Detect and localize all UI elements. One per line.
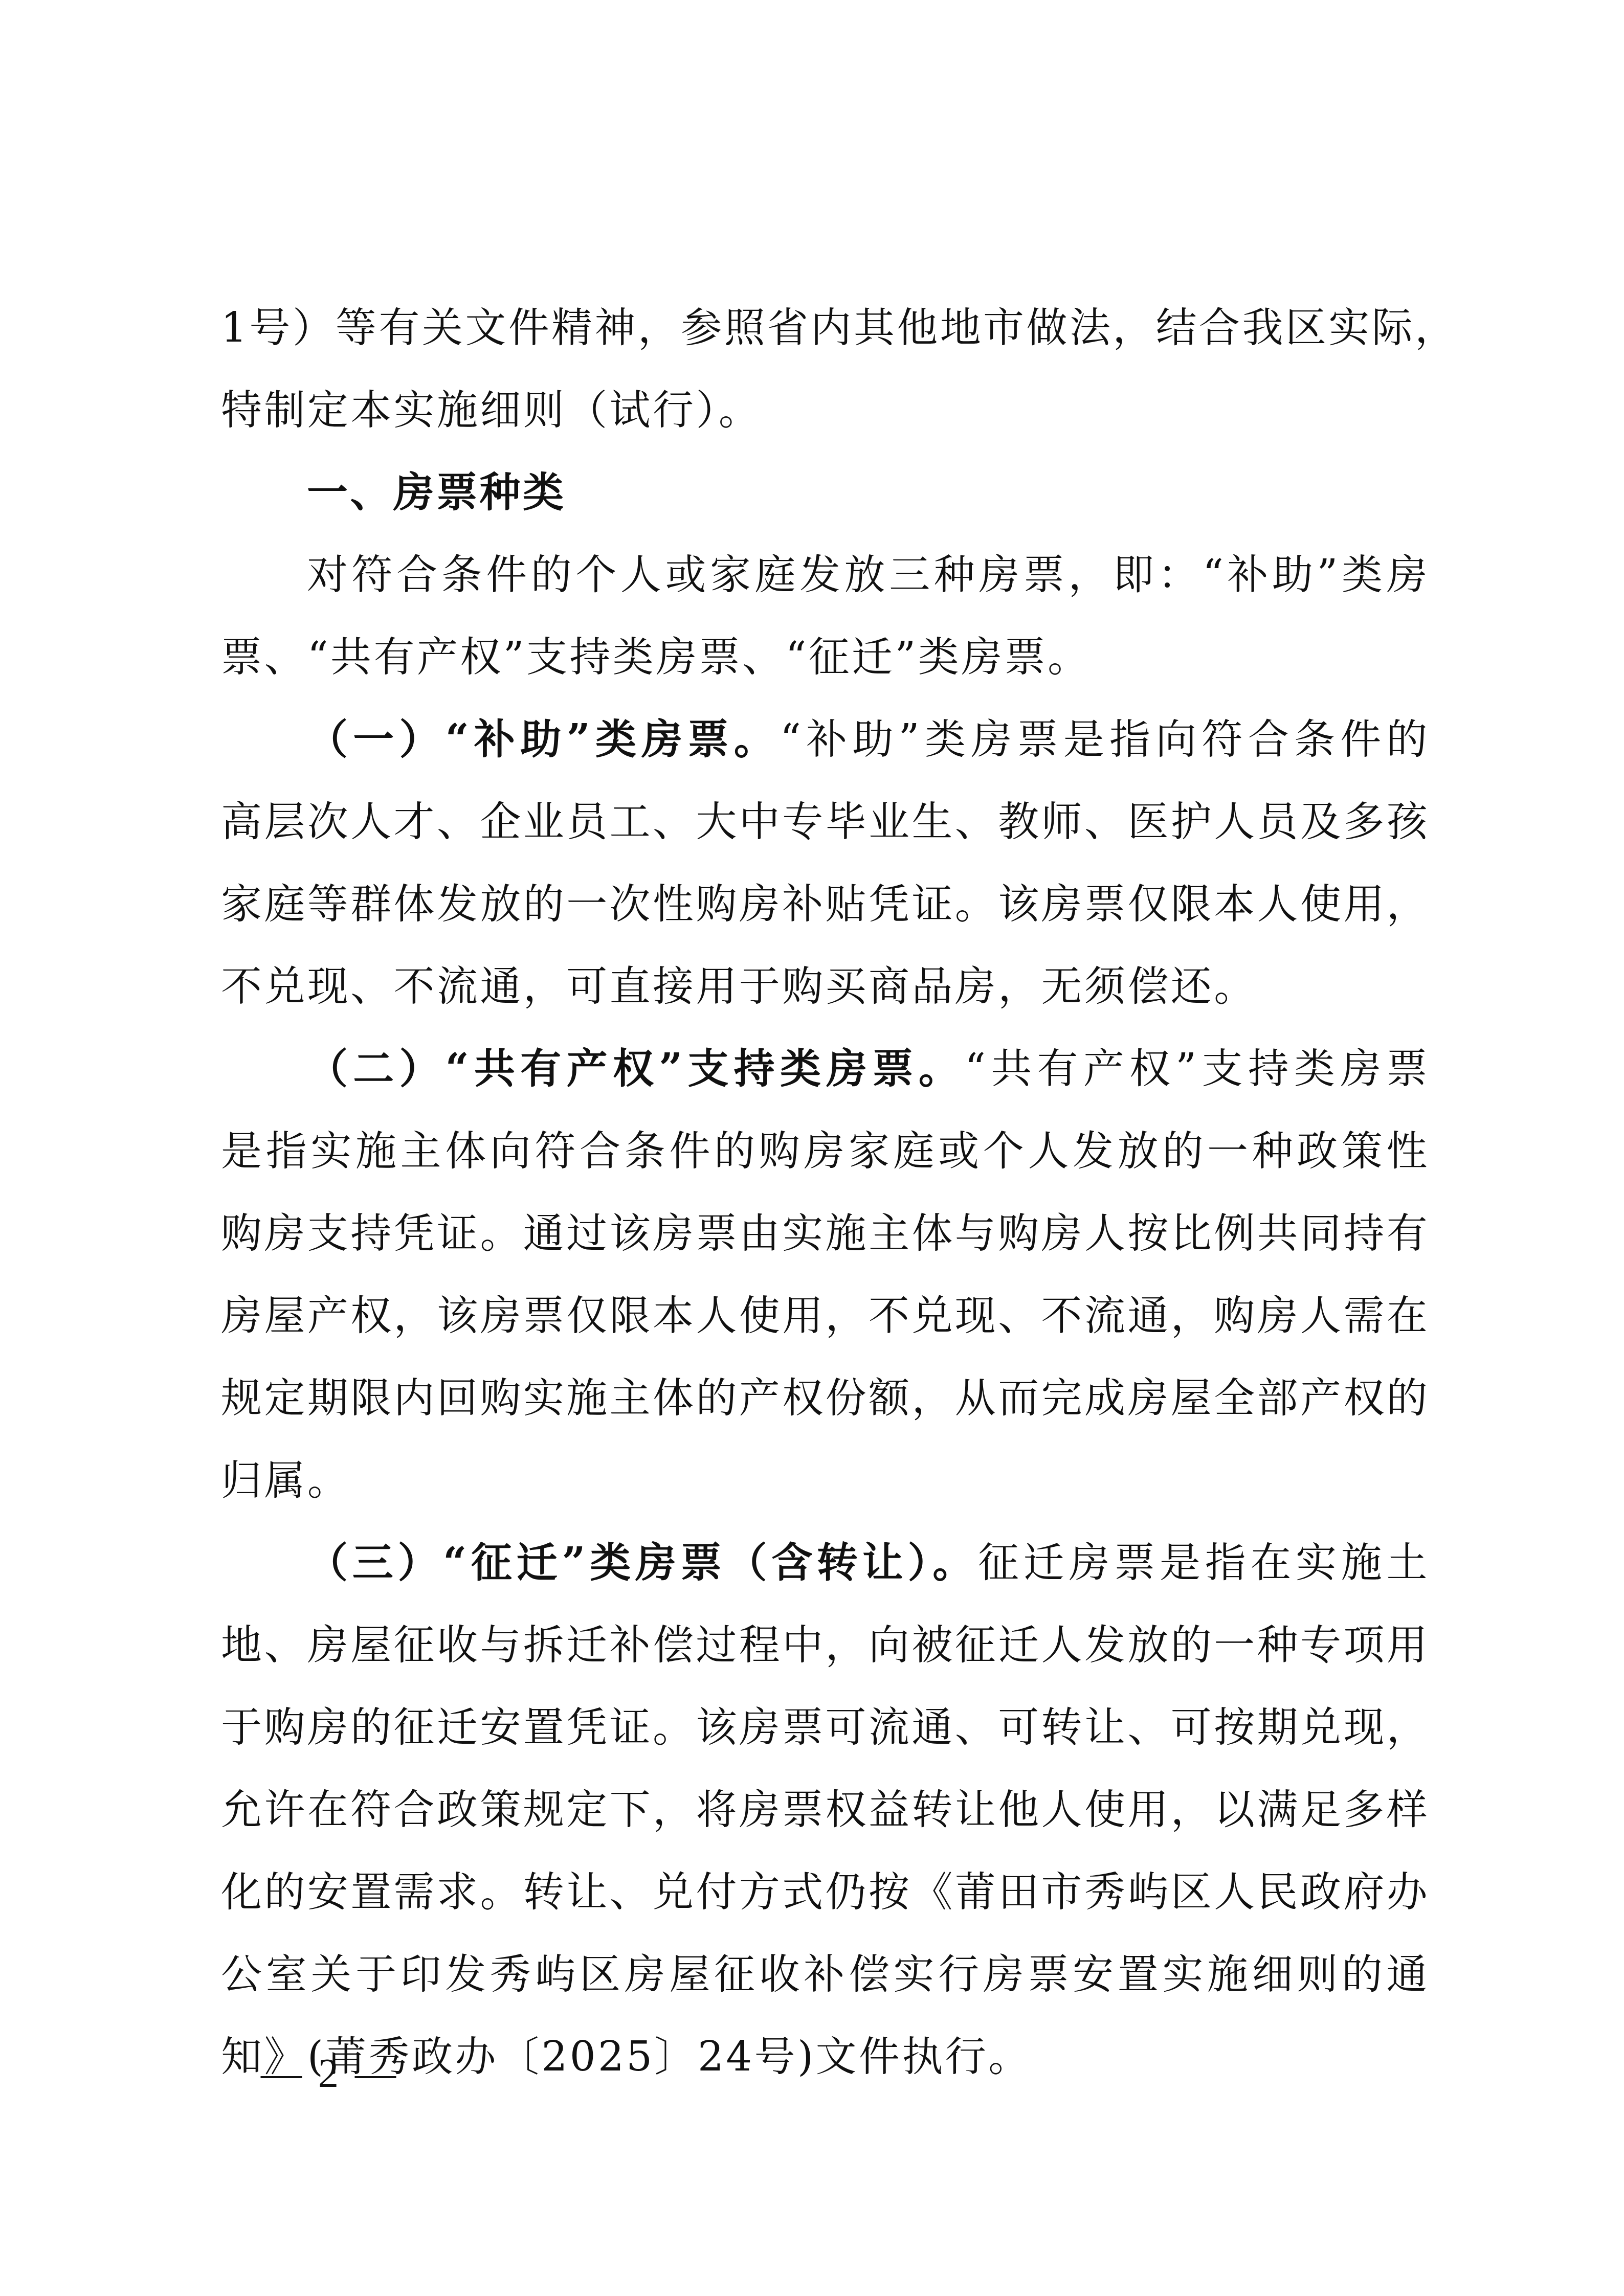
paragraph-line: 地、房屋征收与拆迁补偿过程中，向被征迁人发放的一种专项用	[221, 1604, 1430, 1686]
paragraph-line: 特制定本实施细则（试行）。	[221, 369, 762, 451]
paragraph-line: 化的安置需求。转让、兑付方式仍按《莆田市秀屿区人民政府办	[221, 1851, 1430, 1933]
paragraph-line: 1号）等有关文件精神，参照省内其他地市做法，结合我区实际，	[221, 286, 1430, 369]
paragraph-line: 购房支持凭证。通过该房票由实施主体与购房人按比例共同持有	[221, 1192, 1430, 1274]
subsection-heading: （二）“共有产权”支持类房票。	[307, 1044, 965, 1092]
subsection-line: （二）“共有产权”支持类房票。“共有产权”支持类房票	[221, 1027, 1430, 1110]
paragraph-line: 允许在符合政策规定下，将房票权益转让他人使用，以满足多样	[221, 1768, 1430, 1851]
paragraph-line: 是指实施主体向符合条件的购房家庭或个人发放的一种政策性	[221, 1110, 1430, 1192]
paragraph-line: 对符合条件的个人或家庭发放三种房票，即：“补助”类房	[221, 533, 1430, 616]
subsection-heading: （三）“征迁”类房票（含转让）。	[307, 1538, 978, 1586]
paragraph-text: “共有产权”支持类房票	[965, 1045, 1430, 1092]
paragraph-line: 不兑现、不流通，可直接用于购买商品房，无须偿还。	[221, 945, 1257, 1027]
subsection-line: （三）“征迁”类房票（含转让）。征迁房票是指在实施土	[221, 1521, 1430, 1604]
paragraph-line: 票、“共有产权”支持类房票、“征迁”类房票。	[221, 616, 1091, 698]
subsection-heading: （一）“补助”类房票。	[307, 715, 780, 763]
paragraph-text: 征迁房票是指在实施土	[978, 1539, 1430, 1586]
subsection-line: （一）“补助”类房票。“补助”类房票是指向符合条件的	[221, 698, 1430, 780]
paragraph-line: 于购房的征迁安置凭证。该房票可流通、可转让、可按期兑现，	[221, 1686, 1430, 1768]
paragraph-line: 规定期限内回购实施主体的产权份额，从而完成房屋全部产权的	[221, 1357, 1430, 1439]
paragraph-line: 房屋产权，该房票仅限本人使用，不兑现、不流通，购房人需在	[221, 1274, 1430, 1357]
paragraph-line: 公室关于印发秀屿区房屋征收补偿实行房票安置实施细则的通	[221, 1933, 1430, 2015]
paragraph-line: 家庭等群体发放的一次性购房补贴凭证。该房票仅限本人使用，	[221, 863, 1430, 945]
page-number: — 2 —	[261, 2051, 399, 2097]
section-heading: 一、房票种类	[221, 451, 566, 533]
paragraph-line: 归属。	[221, 1439, 350, 1521]
paragraph-line: 高层次人才、企业员工、大中专毕业生、教师、医护人员及多孩	[221, 780, 1430, 863]
paragraph-text: “补助”类房票是指向符合条件的	[780, 715, 1430, 763]
